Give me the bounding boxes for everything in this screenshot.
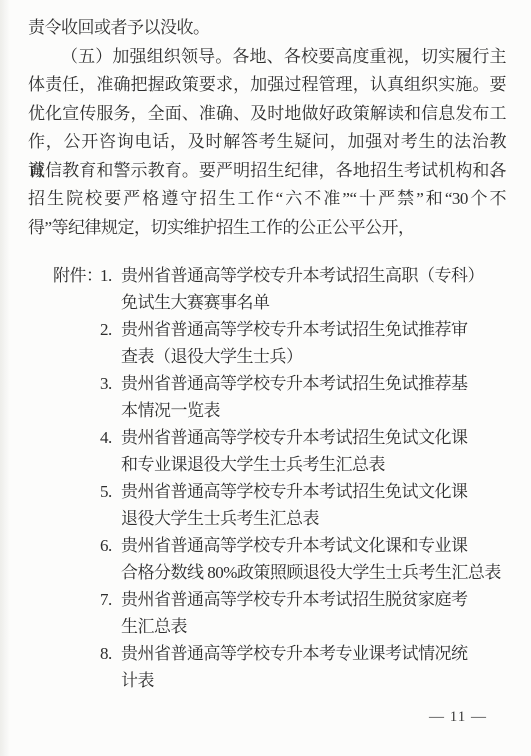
body-line: （五）加强组织领导。各地、各校要高度重视，切实履行主 bbox=[28, 43, 506, 72]
list-item: 3. 贵州省普通高等学校专升本考试招生免试推荐基 本情况一览表 bbox=[100, 370, 510, 424]
list-item-number: 4. bbox=[100, 424, 121, 451]
list-item: 4. 贵州省普通高等学校专升本考试招生免试文化课 和专业课退役大学生士兵考生汇总… bbox=[100, 424, 510, 478]
list-item-line: 生汇总表 bbox=[121, 613, 509, 640]
list-item-line: 贵州省普通高等学校专升本考试文化课和专业课 bbox=[121, 532, 509, 559]
body-line: 体责任，准确把握政策要求，加强过程管理，认真组织实施。要 bbox=[28, 71, 506, 100]
list-item-line: 贵州省普通高等学校专升本考试招生免试推荐审 bbox=[121, 316, 509, 343]
attachment-label: 附件： bbox=[53, 262, 103, 289]
list-item-number: 8. bbox=[100, 640, 121, 667]
body-line: 优化宣传服务，全面、准确、及时地做好政策解读和信息发布工 bbox=[28, 100, 506, 129]
list-item: 1. 贵州省普通高等学校专升本考试招生高职（专科） 免试生大赛赛事名单 bbox=[100, 262, 510, 316]
list-item-line: 和专业课退役大学生士兵考生汇总表 bbox=[121, 451, 509, 478]
attachment-list: 1. 贵州省普通高等学校专升本考试招生高职（专科） 免试生大赛赛事名单 2. 贵… bbox=[100, 262, 510, 694]
list-item-text: 贵州省普通高等学校专升本考专业课考试情况统 计表 bbox=[121, 640, 509, 694]
list-item-number: 5. bbox=[100, 478, 121, 505]
list-item-text: 贵州省普通高等学校专升本考试招生免试推荐基 本情况一览表 bbox=[121, 370, 509, 424]
list-item-text: 贵州省普通高等学校专升本考试招生脱贫家庭考 生汇总表 bbox=[121, 586, 509, 640]
list-item-text: 贵州省普通高等学校专升本考试招生免试推荐审 查表（退役大学生士兵） bbox=[121, 316, 509, 370]
body-line: 责令收回或者予以没收。 bbox=[28, 14, 506, 43]
body-line: 诚信教育和警示教育。要严明招生纪律，各地招生考试机构和各 bbox=[28, 157, 506, 186]
list-item-line: 贵州省普通高等学校专升本考试招生脱贫家庭考 bbox=[121, 586, 509, 613]
list-item: 7. 贵州省普通高等学校专升本考试招生脱贫家庭考 生汇总表 bbox=[100, 586, 510, 640]
body-line: 得”等纪律规定，切实维护招生工作的公正公平公开， bbox=[28, 214, 506, 243]
scanned-document-page: 责令收回或者予以没收。 （五）加强组织领导。各地、各校要高度重视，切实履行主 体… bbox=[0, 0, 531, 756]
list-item: 6. 贵州省普通高等学校专升本考试文化课和专业课 合格分数线 80%政策照顾退役… bbox=[100, 532, 510, 586]
list-item-line: 贵州省普通高等学校专升本考试招生免试文化课 bbox=[121, 478, 509, 505]
list-item-text: 贵州省普通高等学校专升本考试招生免试文化课 和专业课退役大学生士兵考生汇总表 bbox=[121, 424, 509, 478]
list-item-line: 退役大学生士兵考生汇总表 bbox=[121, 505, 509, 532]
list-item-number: 7. bbox=[100, 586, 121, 613]
list-item-line: 合格分数线 80%政策照顾退役大学生士兵考生汇总表 bbox=[121, 559, 509, 586]
list-item-line: 免试生大赛赛事名单 bbox=[121, 289, 509, 316]
list-item-number: 3. bbox=[100, 370, 121, 397]
list-item-number: 1. bbox=[100, 262, 121, 289]
list-item-number: 2. bbox=[100, 316, 121, 343]
list-item: 2. 贵州省普通高等学校专升本考试招生免试推荐审 查表（退役大学生士兵） bbox=[100, 316, 510, 370]
list-item: 5. 贵州省普通高等学校专升本考试招生免试文化课 退役大学生士兵考生汇总表 bbox=[100, 478, 510, 532]
list-item-number: 6. bbox=[100, 532, 121, 559]
list-item-text: 贵州省普通高等学校专升本考试招生高职（专科） 免试生大赛赛事名单 bbox=[121, 262, 509, 316]
list-item-line: 贵州省普通高等学校专升本考专业课考试情况统 bbox=[121, 640, 509, 667]
body-line: 作，公开咨询电话，及时解答考生疑问，加强对考生的法治教育、 bbox=[28, 128, 506, 157]
page-number: — 11 — bbox=[429, 709, 487, 726]
list-item-line: 贵州省普通高等学校专升本考试招生免试推荐基 bbox=[121, 370, 509, 397]
list-item-line: 贵州省普通高等学校专升本考试招生免试文化课 bbox=[121, 424, 509, 451]
list-item-text: 贵州省普通高等学校专升本考试招生免试文化课 退役大学生士兵考生汇总表 bbox=[121, 478, 509, 532]
paragraph-block: 责令收回或者予以没收。 （五）加强组织领导。各地、各校要高度重视，切实履行主 体… bbox=[28, 14, 506, 242]
list-item-line: 本情况一览表 bbox=[121, 397, 509, 424]
list-item-line: 贵州省普通高等学校专升本考试招生高职（专科） bbox=[121, 262, 509, 289]
body-line: 招生院校要严格遵守招生工作“六不准”“十严禁”和“30个不 bbox=[28, 185, 506, 214]
list-item-line: 查表（退役大学生士兵） bbox=[121, 343, 509, 370]
list-item-line: 计表 bbox=[121, 667, 509, 694]
list-item: 8. 贵州省普通高等学校专升本考专业课考试情况统 计表 bbox=[100, 640, 510, 694]
list-item-text: 贵州省普通高等学校专升本考试文化课和专业课 合格分数线 80%政策照顾退役大学生… bbox=[121, 532, 509, 586]
